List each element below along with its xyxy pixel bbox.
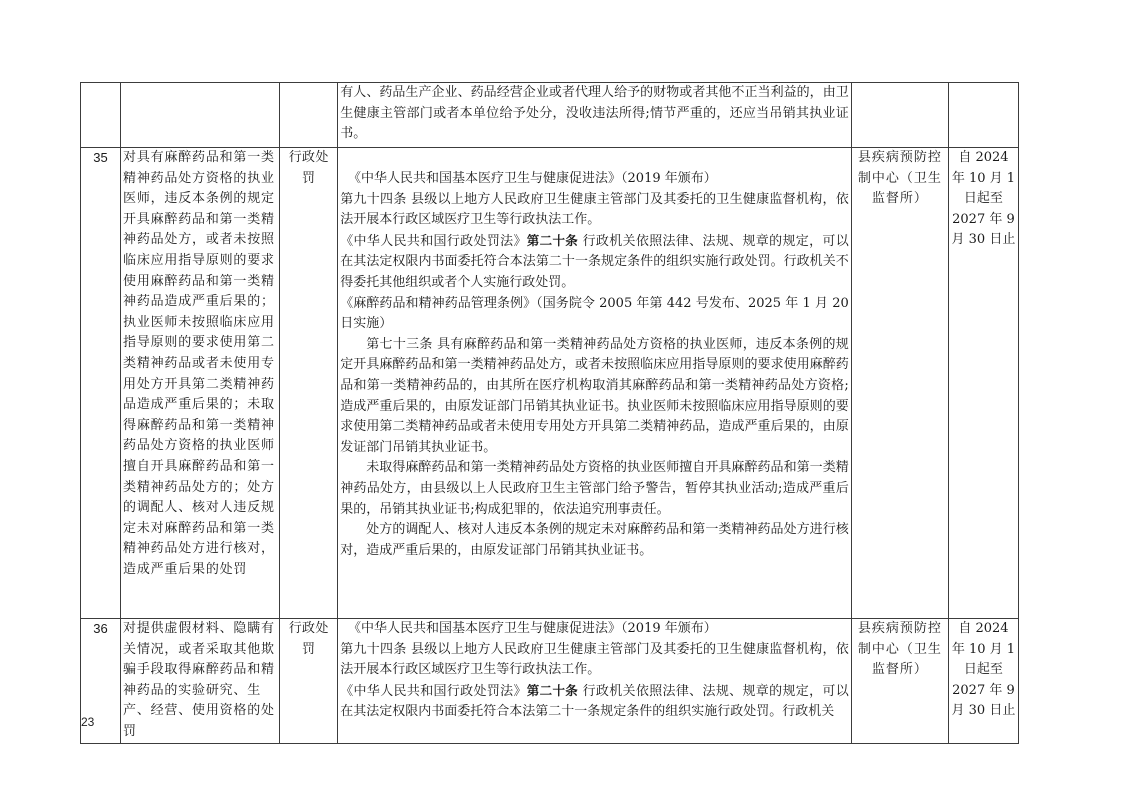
item-number: 35 [81, 148, 121, 619]
item-name: 对具有麻醉药品和第一类精神药品处方资格的执业医师，违反本条例的规定开具麻醉药品和… [121, 148, 280, 619]
implementing-agency: 县疾病预防控制中心（卫生监督所） [851, 148, 948, 619]
basis-paragraph: 有人、药品生产企业、药品经营企业或者代理人给予的财物或者其他不正当利益的，由卫生… [340, 83, 849, 145]
item-number [81, 83, 121, 148]
basis-article: 第九十四条 县级以上地方人民政府卫生健康主管部门及其委托的卫生健康监督机构，依法… [340, 190, 849, 231]
table-row-35: 35 对具有麻醉药品和第一类精神药品处方资格的执业医师，违反本条例的规定开具麻醉… [81, 148, 1019, 619]
delegation-period: 自 2024 年 10 月 1 日起至 2027 年 9 月 30 日止 [948, 148, 1018, 619]
item-name: 对提供虚假材料、隐瞒有关情况，或者采取其他欺骗手段取得麻醉药品和精神药品的实验研… [121, 619, 280, 744]
basis-article: 未取得麻醉药品和第一类精神药品处方资格的执业医师擅自开具麻醉药品和第一类精神药品… [340, 458, 849, 520]
item-type: 行政处罚 [280, 619, 338, 744]
enforcement-items-table: 有人、药品生产企业、药品经营企业或者代理人给予的财物或者其他不正当利益的，由卫生… [80, 82, 1019, 744]
implementing-agency: 县疾病预防控制中心（卫生监督所） [851, 619, 948, 744]
basis-article: 第七十三条 具有麻醉药品和第一类精神药品处方资格的执业医师，违反本条例的规定开具… [340, 335, 849, 459]
item-type: 行政处罚 [280, 148, 338, 619]
item-name [121, 83, 280, 148]
article-number: 第二十条 [527, 233, 578, 248]
basis-law-title: 《中华人民共和国基本医疗卫生与健康促进法》（2019 年颁布） [340, 619, 849, 640]
page-number: 23 [81, 715, 94, 729]
basis-article: 《中华人民共和国行政处罚法》第二十条 行政机关依照法律、法规、规章的规定，可以在… [340, 231, 849, 294]
law-title: 《中华人民共和国行政处罚法》 [340, 234, 527, 249]
basis-regulation-title: 《麻醉药品和精神药品管理条例》（国务院令 2005 年第 442 号发布、202… [340, 294, 849, 335]
table-row-36: 36 对提供虚假材料、隐瞒有关情况，或者采取其他欺骗手段取得麻醉药品和精神药品的… [81, 619, 1019, 744]
legal-basis: 有人、药品生产企业、药品经营企业或者代理人给予的财物或者其他不正当利益的，由卫生… [338, 83, 852, 148]
basis-law-title: 《中华人民共和国基本医疗卫生与健康促进法》（2019 年颁布） [340, 169, 849, 190]
delegation-period [948, 83, 1018, 148]
law-title: 《中华人民共和国行政处罚法》 [340, 684, 527, 699]
item-type [280, 83, 338, 148]
legal-basis: 《中华人民共和国基本医疗卫生与健康促进法》（2019 年颁布） 第九十四条 县级… [338, 619, 852, 744]
delegation-period: 自 2024 年 10 月 1 日起至 2027 年 9 月 30 日止 [948, 619, 1018, 744]
basis-article: 处方的调配人、核对人违反本条例的规定未对麻醉药品和第一类精神药品处方进行核对，造… [340, 520, 849, 561]
basis-article: 第九十四条 县级以上地方人民政府卫生健康主管部门及其委托的卫生健康监督机构，依法… [340, 640, 849, 681]
implementing-agency [851, 83, 948, 148]
basis-article: 《中华人民共和国行政处罚法》第二十条 行政机关依照法律、法规、规章的规定，可以在… [340, 681, 849, 723]
legal-basis: 《中华人民共和国基本医疗卫生与健康促进法》（2019 年颁布） 第九十四条 县级… [338, 148, 852, 619]
table-row-continued: 有人、药品生产企业、药品经营企业或者代理人给予的财物或者其他不正当利益的，由卫生… [81, 83, 1019, 148]
article-number: 第二十条 [527, 683, 578, 698]
